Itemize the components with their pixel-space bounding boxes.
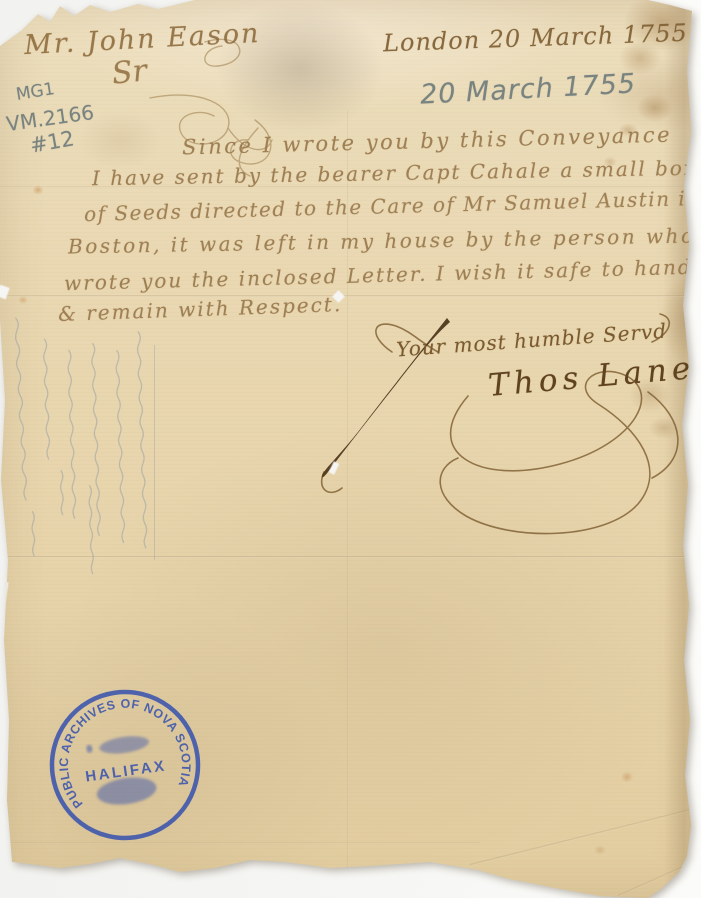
salutation: Sr — [111, 56, 149, 89]
letter-paper: Mr. John Eason Sr London 20 March 1755 S… — [0, 0, 701, 898]
paper-shadow-wrap: Mr. John Eason Sr London 20 March 1755 S… — [0, 0, 701, 898]
stamp-ink-dot — [86, 744, 93, 753]
archive-stamp: PUBLIC ARCHIVES OF NOVA SCOTIA HALIFAX — [45, 685, 205, 845]
lane-tail-flourish — [648, 392, 678, 478]
scanned-letter-page: Mr. John Eason Sr London 20 March 1755 S… — [0, 0, 701, 898]
stamp-ink-smudge-top — [98, 734, 150, 757]
